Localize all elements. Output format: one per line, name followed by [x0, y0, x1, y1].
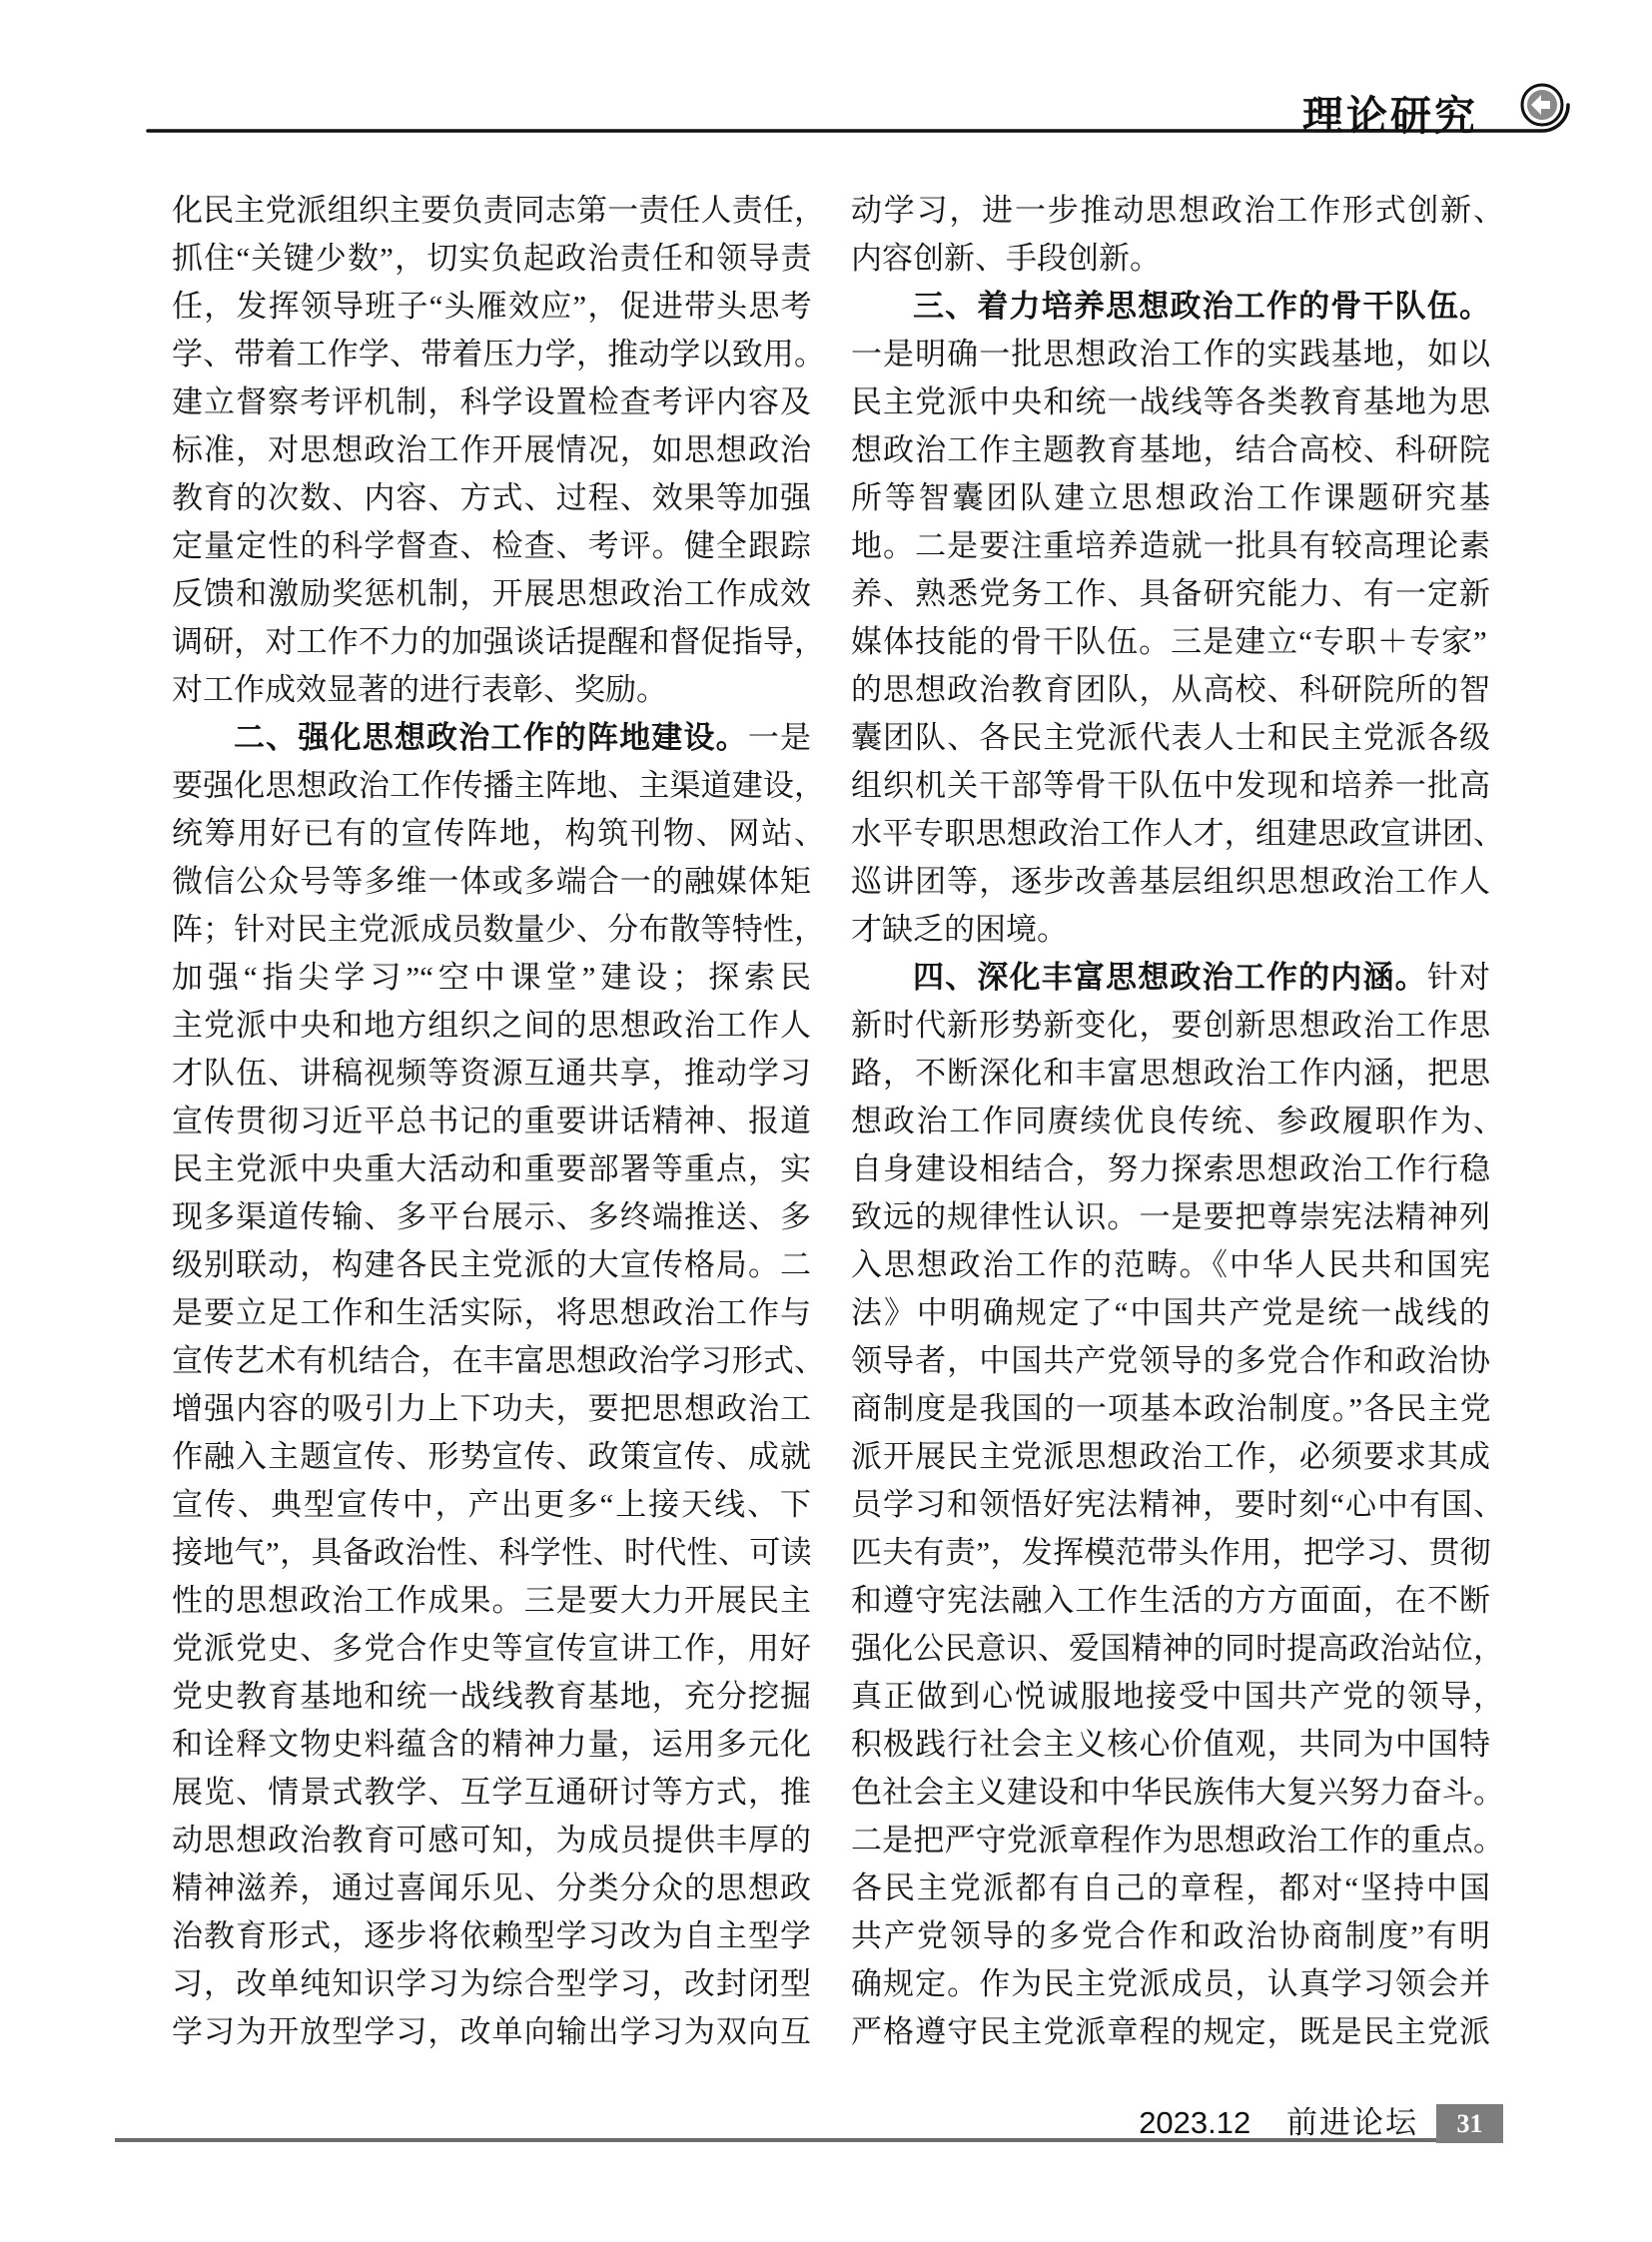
text-line: 囊团队、各民主党派代表人士和民主党派各级: [851, 714, 1490, 762]
text-line: 学习为开放型学习，改单向输出学习为双向互: [172, 2008, 811, 2056]
text-line: 增强内容的吸引力上下功夫，要把思想政治工: [172, 1385, 811, 1433]
right-column: 动学习，进一步推动思想政治工作形式创新、内容创新、手段创新。三、着力培养思想政治…: [851, 187, 1490, 2056]
text-line: 阵；针对民主党派成员数量少、分布散等特性，: [172, 906, 811, 954]
journal-page: { "header": { "section_label": "理论研究", "…: [0, 0, 1652, 2242]
bold-heading-text: 三、着力培养思想政治工作的骨干队伍。: [913, 289, 1490, 324]
text-line: 定量定性的科学督查、检查、考评。健全跟踪: [172, 522, 811, 570]
page-number-badge: 31: [1436, 2104, 1503, 2143]
text-line: 展览、情景式教学、互学互通研讨等方式，推: [172, 1769, 811, 1817]
text-line: 地。二是要注重培养造就一批具有较高理论素: [851, 522, 1490, 570]
text-line: 巡讲团等，逐步改善基层组织思想政治工作人: [851, 858, 1490, 906]
text-line: 才缺乏的困境。: [851, 906, 1490, 954]
text-line: 统筹用好已有的宣传阵地，构筑刊物、网站、: [172, 810, 811, 858]
text-line: 强化公民意识、爱国精神的同时提高政治站位，: [851, 1625, 1490, 1673]
text-line: 习，改单纯知识学习为综合型学习，改封闭型: [172, 1960, 811, 2008]
text-line: 要强化思想政治工作传播主阵地、主渠道建设，: [172, 762, 811, 810]
text-line: 员学习和领悟好宪法精神，要时刻“心中有国、: [851, 1481, 1490, 1529]
text-line: 宣传、典型宣传中，产出更多“上接天线、下: [172, 1481, 811, 1529]
text-line: 二是把严守党派章程作为思想政治工作的重点。: [851, 1817, 1490, 1865]
issue-date: 2023.12: [1139, 2105, 1250, 2140]
circle-left-arrow-icon: [1522, 85, 1562, 125]
text-line: 一是明确一批思想政治工作的实践基地，如以: [851, 331, 1490, 378]
text-line: 民主党派中央和统一战线等各类教育基地为思: [851, 378, 1490, 426]
text-line: 治教育形式，逐步将依赖型学习改为自主型学: [172, 1912, 811, 1960]
text-line: 自身建设相结合，努力探索思想政治工作行稳: [851, 1145, 1490, 1193]
text-line: 性的思想政治工作成果。三是要大力开展民主: [172, 1577, 811, 1625]
text-line: 真正做到心悦诚服地接受中国共产党的领导，: [851, 1673, 1490, 1721]
text-line: 化民主党派组织主要负责同志第一责任人责任，: [172, 187, 811, 235]
text-line: 想政治工作同赓续优良传统、参政履职作为、: [851, 1098, 1490, 1145]
text-line: 媒体技能的骨干队伍。三是建立“专职＋专家”: [851, 618, 1490, 666]
text-line: 二、强化思想政治工作的阵地建设。一是: [172, 714, 811, 762]
text-line: 微信公众号等多维一体或多端合一的融媒体矩: [172, 858, 811, 906]
text-line: 致远的规律性认识。一是要把尊崇宪法精神列: [851, 1193, 1490, 1241]
text-line: 宣传贯彻习近平总书记的重要讲话精神、报道: [172, 1098, 811, 1145]
text-line: 和遵守宪法融入工作生活的方方面面，在不断: [851, 1577, 1490, 1625]
text-line: 级别联动，构建各民主党派的大宣传格局。二: [172, 1241, 811, 1289]
text-line: 所等智囊团队建立思想政治工作课题研究基: [851, 474, 1490, 522]
text-line: 标准，对思想政治工作开展情况，如思想政治: [172, 426, 811, 474]
text-line: 确规定。作为民主党派成员，认真学习领会并: [851, 1960, 1490, 2008]
text-line: 严格遵守民主党派章程的规定，既是民主党派: [851, 2008, 1490, 2056]
text-line: 法》中明确规定了“中国共产党是统一战线的: [851, 1289, 1490, 1337]
bold-heading-text: 四、深化丰富思想政治工作的内涵。: [913, 960, 1427, 995]
text-line: 调研，对工作不力的加强谈话提醒和督促指导，: [172, 618, 811, 666]
text-line: 内容创新、手段创新。: [851, 235, 1490, 283]
text-line: 建立督察考评机制，科学设置检查考评内容及: [172, 378, 811, 426]
text-line: 才队伍、讲稿视频等资源互通共享，推动学习: [172, 1050, 811, 1098]
text-line: 匹夫有责”，发挥模范带头作用，把学习、贯彻: [851, 1529, 1490, 1577]
text-line: 动学习，进一步推动思想政治工作形式创新、: [851, 187, 1490, 235]
text-line: 主党派中央和地方组织之间的思想政治工作人: [172, 1002, 811, 1050]
text-line: 学、带着工作学、带着压力学，推动学以致用。: [172, 331, 811, 378]
text-line: 四、深化丰富思想政治工作的内涵。针对: [851, 954, 1490, 1002]
text-line: 积极践行社会主义核心价值观，共同为中国特: [851, 1721, 1490, 1769]
text-line: 接地气”，具备政治性、科学性、时代性、可读: [172, 1529, 811, 1577]
text-line: 党史教育基地和统一战线教育基地，充分挖掘: [172, 1673, 811, 1721]
text-line: 组织机关干部等骨干队伍中发现和培养一批高: [851, 762, 1490, 810]
text-line: 精神滋养，通过喜闻乐见、分类分众的思想政: [172, 1865, 811, 1912]
text-line: 派开展民主党派思想政治工作，必须要求其成: [851, 1433, 1490, 1481]
text-line: 反馈和激励奖惩机制，开展思想政治工作成效: [172, 570, 811, 618]
text-line: 想政治工作主题教育基地，结合高校、科研院: [851, 426, 1490, 474]
text-line: 任，发挥领导班子“头雁效应”，促进带头思考: [172, 283, 811, 331]
text-line: 加强“指尖学习”“空中课堂”建设；探索民: [172, 954, 811, 1002]
text-line: 和诠释文物史料蕴含的精神力量，运用多元化: [172, 1721, 811, 1769]
text-line: 民主党派中央重大活动和重要部署等重点，实: [172, 1145, 811, 1193]
left-column: 化民主党派组织主要负责同志第一责任人责任，抓住“关键少数”，切实负起政治责任和领…: [172, 187, 811, 2056]
text-line: 对工作成效显著的进行表彰、奖励。: [172, 666, 811, 714]
text-line: 养、熟悉党务工作、具备研究能力、有一定新: [851, 570, 1490, 618]
text-line: 水平专职思想政治工作人才，组建思政宣讲团、: [851, 810, 1490, 858]
text-line: 商制度是我国的一项基本政治制度。”各民主党: [851, 1385, 1490, 1433]
text-line: 作融入主题宣传、形势宣传、政策宣传、成就: [172, 1433, 811, 1481]
journal-name: 前进论坛: [1286, 2105, 1418, 2140]
bold-heading-text: 二、强化思想政治工作的阵地建设。: [234, 720, 748, 755]
text-line: 抓住“关键少数”，切实负起政治责任和领导责: [172, 235, 811, 283]
text-line: 共产党领导的多党合作和政治协商制度”有明: [851, 1912, 1490, 1960]
text-line: 动思想政治教育可感可知，为成员提供丰厚的: [172, 1817, 811, 1865]
text-line: 现多渠道传输、多平台展示、多终端推送、多: [172, 1193, 811, 1241]
text-line: 教育的次数、内容、方式、过程、效果等加强: [172, 474, 811, 522]
text-line: 各民主党派都有自己的章程，都对“坚持中国: [851, 1865, 1490, 1912]
footer-meta: 2023.12 前进论坛: [0, 2097, 1418, 2142]
text-line: 色社会主义建设和中华民族伟大复兴努力奋斗。: [851, 1769, 1490, 1817]
text-line: 党派党史、多党合作史等宣传宣讲工作，用好: [172, 1625, 811, 1673]
text-line: 宣传艺术有机结合，在丰富思想政治学习形式、: [172, 1337, 811, 1385]
text-line: 三、着力培养思想政治工作的骨干队伍。: [851, 283, 1490, 331]
text-line: 领导者，中国共产党领导的多党合作和政治协: [851, 1337, 1490, 1385]
text-line: 的思想政治教育团队，从高校、科研院所的智: [851, 666, 1490, 714]
text-line: 是要立足工作和生活实际，将思想政治工作与: [172, 1289, 811, 1337]
text-line: 新时代新形势新变化，要创新思想政治工作思: [851, 1002, 1490, 1050]
section-title: 理论研究: [1302, 83, 1478, 142]
text-line: 路，不断深化和丰富思想政治工作内涵，把思: [851, 1050, 1490, 1098]
text-line: 入思想政治工作的范畴。《中华人民共和国宪: [851, 1241, 1490, 1289]
